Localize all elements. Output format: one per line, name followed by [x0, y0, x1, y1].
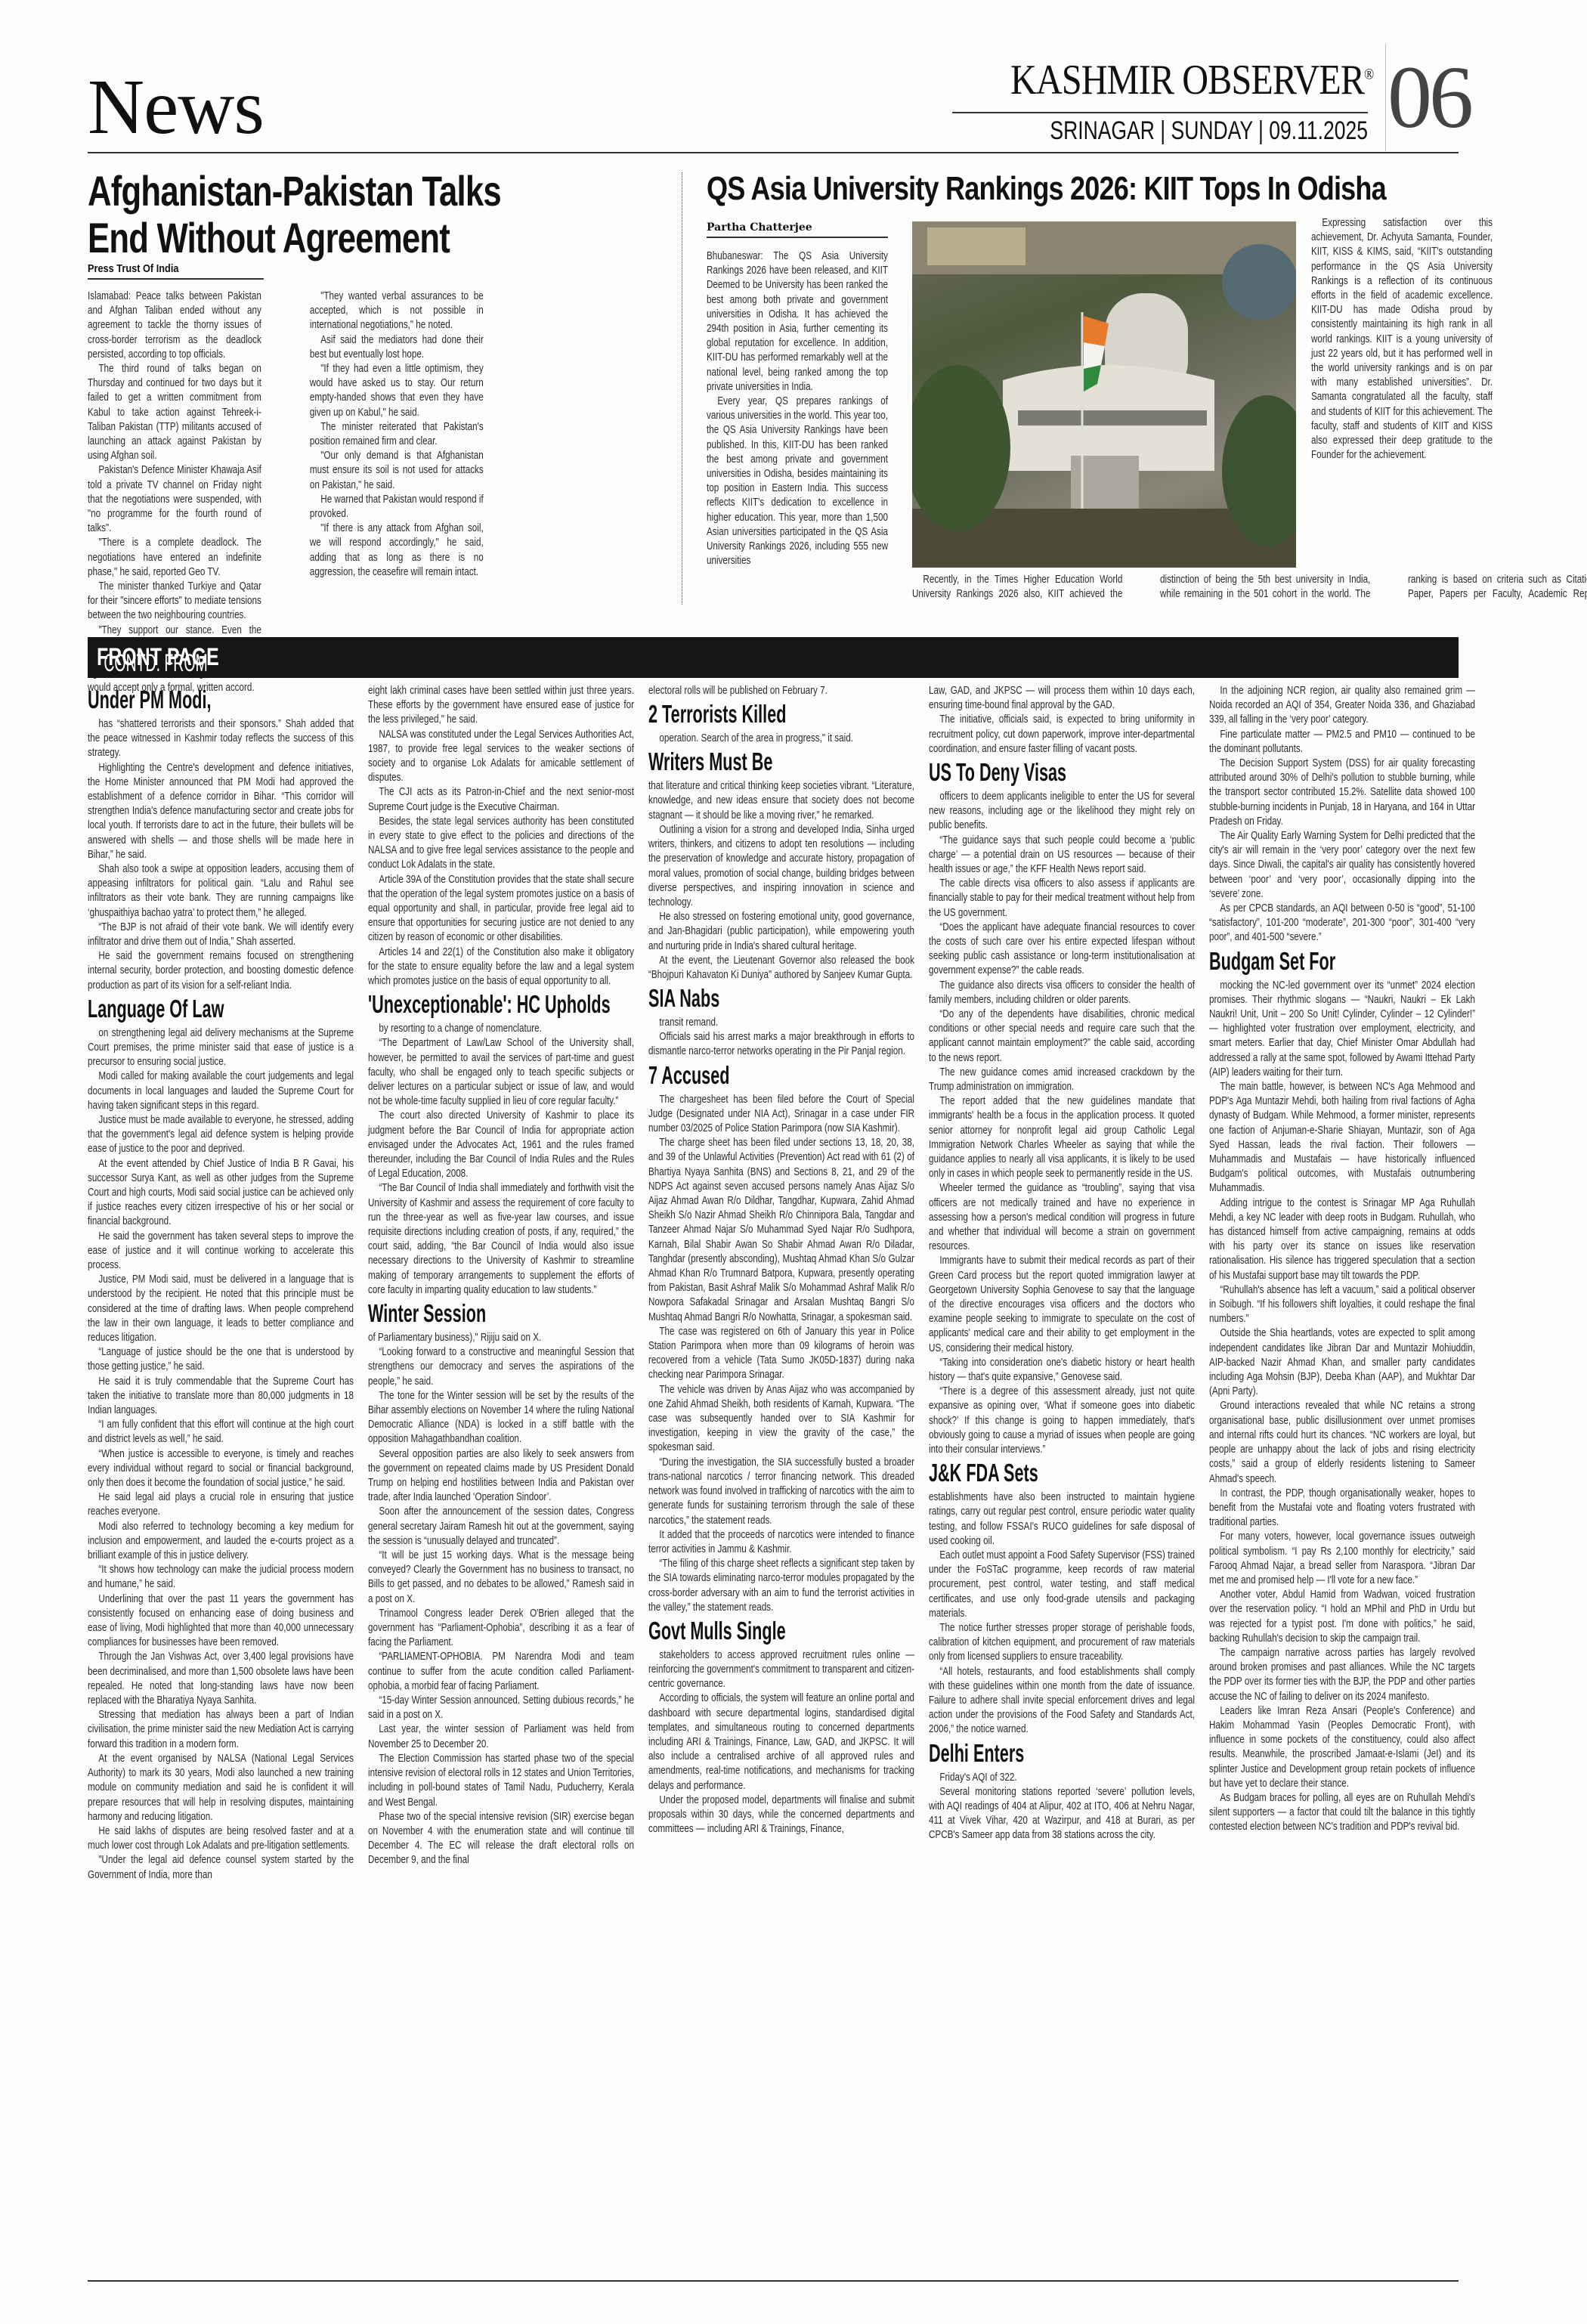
paragraph: The notice further stresses proper stora…: [929, 1621, 1195, 1665]
contd-from-front-page-banner: CONTD. FROM FRONT PAGE: [88, 637, 1459, 678]
story2-body-continued: Recently, in the Times Higher Education …: [912, 573, 1370, 611]
paragraph: "If there is any attack from Afghan soil…: [310, 521, 484, 580]
paragraph: Fine particulate matter — PM2.5 and PM10…: [1209, 728, 1475, 757]
paragraph: "Our only demand is that Afghanistan mus…: [310, 449, 484, 493]
subheading: Delhi Enters: [929, 1739, 1147, 1768]
story1-headline: Afghanistan-Pakistan Talks End Without A…: [88, 168, 559, 261]
contd-column-4: Law, GAD, and JKPSC — will process them …: [929, 684, 1195, 2279]
paragraph: At the event organised by NALSA (Nationa…: [88, 1752, 354, 1824]
paragraph: “Does the applicant have adequate financ…: [929, 921, 1195, 979]
paragraph: The third round of talks began on Thursd…: [88, 362, 261, 463]
paragraph: establishments have also been instructed…: [929, 1490, 1195, 1549]
paragraph: The guidance also directs visa officers …: [929, 979, 1195, 1007]
paragraph: He said legal aid plays a crucial role i…: [88, 1490, 354, 1519]
paragraph: Outside the Shia heartlands, votes are e…: [1209, 1326, 1475, 1399]
paragraph: At the event, the Lieutenant Governor al…: [648, 954, 914, 983]
paragraph: Justice must be made available to everyo…: [88, 1113, 354, 1157]
paragraph: The new guidance comes amid increased cr…: [929, 1066, 1195, 1094]
paragraph: Leaders like Imran Reza Ansari (People's…: [1209, 1704, 1475, 1791]
subheading: 2 Terrorists Killed: [648, 700, 867, 729]
bottom-rule: [88, 2280, 1459, 2282]
paragraph: Several opposition parties are also like…: [368, 1447, 634, 1505]
paragraph: Outlining a vision for a strong and deve…: [648, 823, 914, 910]
paragraph: Stressing that mediation has always been…: [88, 1708, 354, 1752]
newspaper-name: KASHMIR OBSERVER®: [1010, 59, 1368, 101]
paragraph: has “shattered terrorists and their spon…: [88, 717, 354, 761]
subheading: SIA Nabs: [648, 984, 867, 1013]
paragraph: by resorting to a change of nomenclature…: [368, 1022, 634, 1036]
paragraph: "If they had even a little optimism, the…: [310, 362, 484, 420]
paragraph: He said the government remains focused o…: [88, 949, 354, 993]
newspaper-name-text: KASHMIR OBSERVER: [1010, 57, 1364, 104]
subheading: Writers Must Be: [648, 747, 867, 776]
paragraph: “Do any of the dependents have disabilit…: [929, 1007, 1195, 1066]
paragraph: Shah also took a swipe at opposition lea…: [88, 862, 354, 921]
paragraph: “15-day Winter Session announced. Settin…: [368, 1694, 634, 1722]
paragraph: Every year, QS prepares rankings of vari…: [707, 395, 888, 568]
paragraph: He said the government has taken several…: [88, 1230, 354, 1273]
story1-byline: Press Trust Of India: [88, 262, 264, 280]
paragraph: The chargesheet has been filed before th…: [648, 1093, 914, 1137]
paragraph: Ground interactions revealed that while …: [1209, 1399, 1475, 1486]
paragraph: "They wanted verbal assurances to be acc…: [310, 289, 484, 333]
paragraph: The minister reiterated that Pakistan's …: [310, 420, 484, 449]
paragraph: on strengthening legal aid delivery mech…: [88, 1026, 354, 1070]
paragraph: “PARLIAMENT-OPHOBIA. PM Narendra Modi an…: [368, 1650, 634, 1694]
paragraph: Asif said the mediators had done their b…: [310, 333, 484, 362]
paragraph: Underlining that over the past 11 years …: [88, 1592, 354, 1651]
paragraph: operation. Search of the area in progres…: [648, 732, 914, 746]
story2-headline: QS Asia University Rankings 2026: KIIT T…: [707, 172, 1386, 206]
paragraph: “Ruhullah's absence has left a vacuum,” …: [1209, 1283, 1475, 1327]
paragraph: Modi also referred to technology becomin…: [88, 1520, 354, 1564]
contd-label: CONTD. FROM FRONT PAGE: [97, 643, 219, 671]
paragraph: In the adjoining NCR region, air quality…: [1209, 684, 1475, 728]
paragraph: “It shows how technology can make the ju…: [88, 1563, 354, 1592]
contd-column-2: eight lakh criminal cases have been sett…: [368, 684, 634, 2279]
paragraph: Through the Jan Vishwas Act, over 3,400 …: [88, 1650, 354, 1708]
story2-byline: Partha Chatterjee: [707, 221, 888, 238]
subheading: Budgam Set For: [1209, 947, 1428, 976]
paragraph: "There is a complete deadlock. The negot…: [88, 536, 261, 580]
page-number-divider: [1385, 44, 1386, 151]
paragraph: “Looking forward to a constructive and m…: [368, 1345, 634, 1389]
paragraph: Besides, the state legal services author…: [368, 815, 634, 873]
paragraph: The campaign narrative across parties ha…: [1209, 1646, 1475, 1704]
story2-byline-wrap: Partha Chatterjee: [707, 221, 888, 238]
paragraph: The court also directed University of Ka…: [368, 1109, 634, 1181]
page-number: 06: [1387, 53, 1471, 142]
story1-headline-line2: End Without Agreement: [88, 215, 559, 261]
paragraph: Wheeler termed the guidance as “troublin…: [929, 1181, 1195, 1254]
paragraph: He warned that Pakistan would respond if…: [310, 493, 484, 521]
paragraph: Officials said his arrest marks a major …: [648, 1030, 914, 1059]
paragraph: “When justice is accessible to everyone,…: [88, 1447, 354, 1491]
paragraph: Justice, PM Modi said, must be delivered…: [88, 1273, 354, 1345]
paragraph: The Decision Support System (DSS) for ai…: [1209, 757, 1475, 829]
story2-body-left: Bhubaneswar: The QS Asia University Rank…: [707, 249, 888, 605]
paragraph: The charge sheet has been filed under se…: [648, 1136, 914, 1325]
subheading: Govt Mulls Single: [648, 1617, 867, 1645]
paragraph: mocking the NC-led government over its “…: [1209, 979, 1475, 1080]
subheading: 7 Accused: [648, 1061, 867, 1090]
paragraph: “During the investigation, the SIA succe…: [648, 1456, 914, 1528]
contd-column-1: Under PM Modi,has “shattered terrorists …: [88, 684, 354, 2279]
paragraph: “It will be just 15 working days. What i…: [368, 1549, 634, 1607]
contd-label-light: CONTD. FROM: [104, 649, 207, 677]
kiit-campus-photo: [912, 221, 1296, 568]
paragraph: In contrast, the PDP, though organisatio…: [1209, 1487, 1475, 1530]
story2-body-right: Expressing satisfaction over this achiev…: [1311, 216, 1493, 609]
paragraph: “The Department of Law/Law School of the…: [368, 1036, 634, 1109]
paragraph: “Language of justice should be the one t…: [88, 1345, 354, 1374]
paragraph: Soon after the announcement of the sessi…: [368, 1505, 634, 1549]
paragraph: He also stressed on fostering emotional …: [648, 910, 914, 954]
paragraph: transit remand.: [648, 1016, 914, 1030]
paragraph: of Parliamentary business)," Rijiju said…: [368, 1331, 634, 1345]
contd-column-3: electoral rolls will be published on Feb…: [648, 684, 914, 2279]
paragraph: Expressing satisfaction over this achiev…: [1311, 216, 1493, 463]
paragraph: The CJI acts as its Patron-in-Chief and …: [368, 785, 634, 814]
paragraph: At the event attended by Chief Justice o…: [88, 1157, 354, 1230]
paragraph: “There is a degree of this assessment al…: [929, 1385, 1195, 1457]
paragraph: officers to deem applicants ineligible t…: [929, 790, 1195, 834]
paragraph: Trinamool Congress leader Derek O'Brien …: [368, 1607, 634, 1651]
paragraph: The vehicle was driven by Anas Aijaz who…: [648, 1383, 914, 1456]
story1-headline-line1: Afghanistan-Pakistan Talks: [88, 168, 559, 215]
subheading: J&K FDA Sets: [929, 1459, 1147, 1487]
campus-illustration-icon: [912, 221, 1296, 568]
paragraph: stakeholders to access approved recruitm…: [648, 1648, 914, 1692]
paragraph: Under the proposed model, departments wi…: [648, 1793, 914, 1837]
paragraph: Law, GAD, and JKPSC — will process them …: [929, 684, 1195, 713]
paragraph: that literature and critical thinking ke…: [648, 779, 914, 823]
paragraph: “The guidance says that such people coul…: [929, 834, 1195, 877]
paragraph: The Election Commission has started phas…: [368, 1752, 634, 1810]
paragraph: NALSA was constituted under the Legal Se…: [368, 728, 634, 786]
subheading: 'Unexceptionable': HC Upholds: [368, 990, 586, 1019]
paragraph: “I am fully confident that this effort w…: [88, 1418, 354, 1447]
paragraph: Last year, the winter session of Parliam…: [368, 1722, 634, 1751]
paragraph: Friday's AQI of 322.: [929, 1771, 1195, 1785]
paragraph: eight lakh criminal cases have been sett…: [368, 684, 634, 728]
paragraph: Each outlet must appoint a Food Safety S…: [929, 1549, 1195, 1621]
paragraph: The Air Quality Early Warning System for…: [1209, 829, 1475, 902]
subheading: Winter Session: [368, 1299, 586, 1328]
dateline: SRINAGAR | SUNDAY | 09.11.2025: [1044, 118, 1368, 144]
paragraph: The tone for the Winter session will be …: [368, 1389, 634, 1447]
story-divider: [682, 172, 682, 605]
paragraph: He said it is truly commendable that the…: [88, 1375, 354, 1419]
story-afghanistan-pakistan: Afghanistan-Pakistan Talks End Without A…: [88, 168, 692, 261]
section-title: News: [88, 68, 264, 147]
paragraph: Several monitoring stations reported ‘se…: [929, 1785, 1195, 1843]
paragraph: For many voters, however, local governan…: [1209, 1530, 1475, 1588]
paragraph: “The Bar Council of India shall immediat…: [368, 1181, 634, 1298]
paragraph: The initiative, officials said, is expec…: [929, 713, 1195, 757]
registered-mark: ®: [1364, 66, 1373, 82]
paragraph: Another voter, Abdul Hamid from Wadwan, …: [1209, 1588, 1475, 1646]
paragraph: Pakistan's Defence Minister Khawaja Asif…: [88, 463, 261, 536]
paragraph: Article 39A of the Constitution provides…: [368, 873, 634, 945]
paragraph: The minister thanked Turkiye and Qatar f…: [88, 580, 261, 624]
paragraph: Islamabad: Peace talks between Pakistan …: [88, 289, 261, 362]
paragraph: He said lakhs of disputes are being reso…: [88, 1824, 354, 1853]
paragraph: As Budgam braces for polling, all eyes a…: [1209, 1791, 1475, 1835]
top-rule: [88, 152, 1459, 153]
story1-byline-wrap: Press Trust Of India: [88, 262, 264, 280]
paragraph: Articles 14 and 22(1) of the Constitutio…: [368, 945, 634, 989]
paragraph: “The filing of this charge sheet reflect…: [648, 1557, 914, 1615]
paragraph: The case was registered on 6th of Januar…: [648, 1325, 914, 1383]
masthead-rule: [952, 112, 1368, 113]
paragraph: As per CPCB standards, an AQI between 0-…: [1209, 902, 1475, 945]
subheading: Under PM Modi,: [88, 685, 306, 714]
paragraph: electoral rolls will be published on Feb…: [648, 684, 914, 698]
paragraph: “All hotels, restaurants, and food estab…: [929, 1665, 1195, 1738]
paragraph: "Under the legal aid defence counsel sys…: [88, 1853, 354, 1882]
contd-column-5: In the adjoining NCR region, air quality…: [1209, 684, 1475, 2279]
paragraph: Immigrants have to submit their medical …: [929, 1254, 1195, 1355]
paragraph: The report added that the new guidelines…: [929, 1094, 1195, 1181]
subheading: US To Deny Visas: [929, 758, 1147, 787]
paragraph: “Taking into consideration one's diabeti…: [929, 1356, 1195, 1385]
paragraph: Phase two of the special intensive revis…: [368, 1810, 634, 1868]
paragraph: The cable directs visa officers to also …: [929, 877, 1195, 921]
paragraph: The main battle, however, is between NC'…: [1209, 1080, 1475, 1196]
paragraph: Bhubaneswar: The QS Asia University Rank…: [707, 249, 888, 395]
paragraph: Highlighting the Centre's development an…: [88, 761, 354, 862]
paragraph: “The BJP is not afraid of their vote ban…: [88, 921, 354, 949]
paragraph: According to officials, the system will …: [648, 1691, 914, 1793]
subheading: Language Of Law: [88, 995, 306, 1023]
paragraph: Modi called for making available the cou…: [88, 1069, 354, 1113]
paragraph: Adding intrigue to the contest is Srinag…: [1209, 1196, 1475, 1283]
masthead: KASHMIR OBSERVER® SRINAGAR | SUNDAY | 09…: [952, 59, 1368, 144]
paragraph: It added that the proceeds of narcotics …: [648, 1528, 914, 1557]
